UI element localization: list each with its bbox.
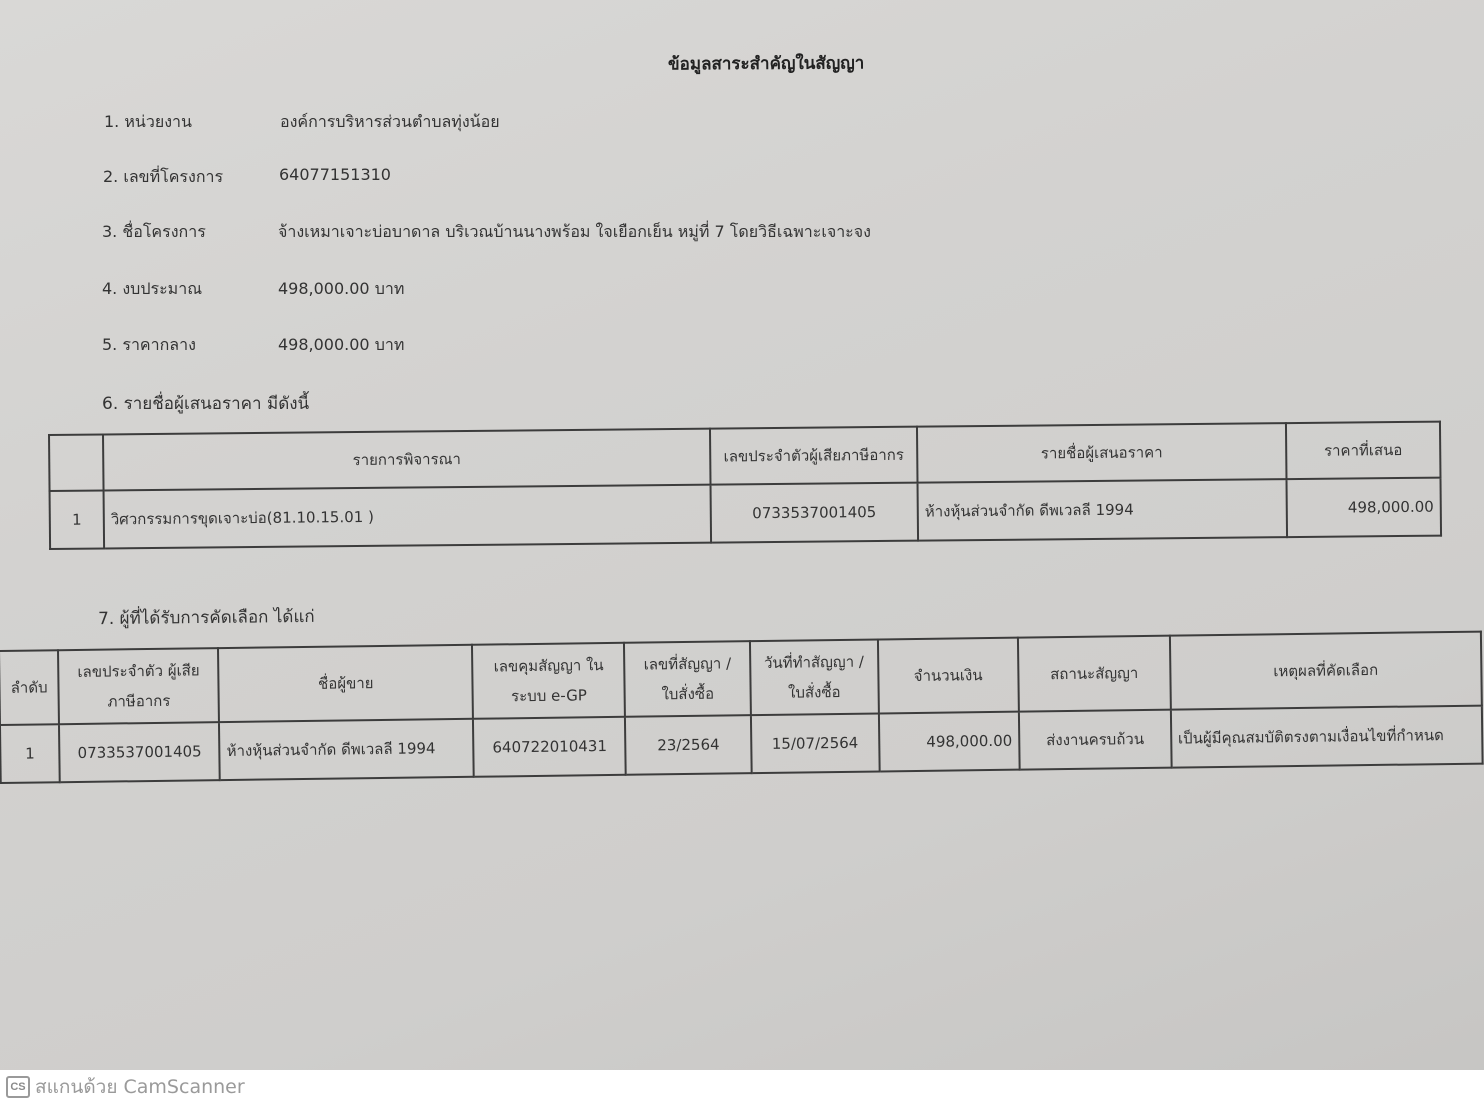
cell-index: 1 <box>50 490 105 549</box>
scanned-document-page: ข้อมูลสาระสำคัญในสัญญา 1. หน่วยงาน องค์ก… <box>0 0 1484 1070</box>
col-header-selection-reason: เหตุผลที่คัดเลือก <box>1170 632 1482 710</box>
cell-contract-status: ส่งงานครบถ้วน <box>1019 710 1172 770</box>
cell-contract-date: 15/07/2564 <box>751 713 879 773</box>
field-label: 2. เลขที่โครงการ <box>103 165 223 190</box>
field-label: 4. งบประมาณ <box>102 277 202 302</box>
cell-tax-id: 0733537001405 <box>59 722 220 782</box>
col-header-contract-number: เลขที่สัญญา / ใบสั่งซื้อ <box>624 641 751 717</box>
selected-vendor-table: ลำดับ เลขประจำตัว ผู้เสียภาษีอากร ชื่อผู… <box>0 631 1484 784</box>
col-header-tax-id: เลขประจำตัว ผู้เสียภาษีอากร <box>58 648 219 724</box>
col-header-egp-number: เลขคุมสัญญา ในระบบ e-GP <box>472 643 625 719</box>
cell-item: วิศวกรรมการขุดเจาะบ่อ(81.10.15.01 ) <box>104 485 712 549</box>
cell-selection-reason: เป็นผู้มีคุณสมบัติตรงตามเงื่อนไขที่กำหนด <box>1171 706 1483 768</box>
field-value: 498,000.00 บาท <box>278 277 404 302</box>
cell-vendor-name: ห้างหุ้นส่วนจำกัด ดีพเวลลี 1994 <box>219 719 474 780</box>
cell-tax-id: 0733537001405 <box>711 483 919 543</box>
cell-bidder-name: ห้างหุ้นส่วนจำกัด ดีพเวลลี 1994 <box>918 479 1288 541</box>
cell-order: 1 <box>0 724 60 783</box>
field-value: 64077151310 <box>279 165 391 184</box>
col-header-order: ลำดับ <box>0 650 59 725</box>
field-value: จ้างเหมาเจาะบ่อบาดาล บริเวณบ้านนางพร้อม … <box>278 220 871 245</box>
section7-heading: 7. ผู้ที่ได้รับการคัดเลือก ได้แก่ <box>98 603 315 632</box>
col-header-contract-date: วันที่ทำสัญญา / ใบสั่งซื้อ <box>750 639 879 715</box>
col-header-contract-status: สถานะสัญญา <box>1018 636 1171 712</box>
col-header-vendor-name: ชื่อผู้ขาย <box>218 645 473 722</box>
col-header-offer-price: ราคาที่เสนอ <box>1286 422 1441 479</box>
col-header-tax-id: เลขประจำตัวผู้เสียภาษีอากร <box>710 427 918 485</box>
field-value: 498,000.00 บาท <box>278 333 404 358</box>
col-header-amount: จำนวนเงิน <box>877 638 1018 714</box>
cell-amount: 498,000.00 <box>878 712 1019 772</box>
cell-egp-number: 640722010431 <box>473 717 626 777</box>
document-title: ข้อมูลสาระสำคัญในสัญญา <box>668 49 864 77</box>
section6-heading: 6. รายชื่อผู้เสนอราคา มีดังนี้ <box>102 390 309 417</box>
camscanner-watermark: CS สแกนด้วย CamScanner <box>0 1070 1484 1103</box>
table-row: 1 วิศวกรรมการขุดเจาะบ่อ(81.10.15.01 ) 07… <box>50 478 1441 549</box>
cell-contract-number: 23/2564 <box>625 715 751 775</box>
field-label: 1. หน่วยงาน <box>104 110 192 135</box>
col-header-item: รายการพิจารณา <box>103 429 711 491</box>
bidders-table: รายการพิจารณา เลขประจำตัวผู้เสียภาษีอากร… <box>48 421 1442 550</box>
field-label: 5. ราคากลาง <box>102 333 196 358</box>
watermark-text: สแกนด้วย CamScanner <box>35 1072 245 1102</box>
col-header-bidder-name: รายชื่อผู้เสนอราคา <box>917 423 1287 483</box>
cell-offer-price: 498,000.00 <box>1286 478 1441 537</box>
field-value: องค์การบริหารส่วนตำบลทุ่งน้อย <box>280 110 500 135</box>
camscanner-logo-icon: CS <box>6 1076 30 1098</box>
field-label: 3. ชื่อโครงการ <box>102 220 206 245</box>
col-header-index <box>49 434 104 491</box>
